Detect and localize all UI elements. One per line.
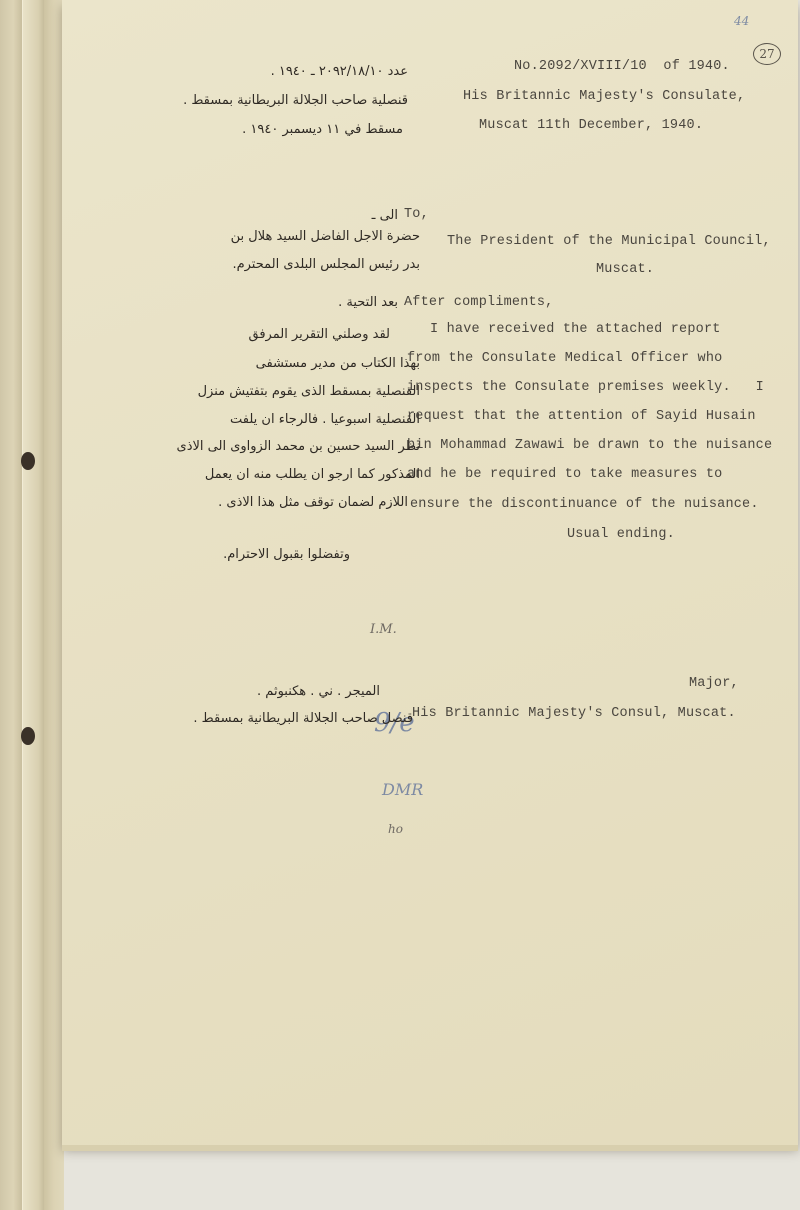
arabic-body-line: اللازم لضمان توقف مثل هذا الاذى . (218, 495, 408, 510)
arabic-reference-number: عدد ٢٠٩٢/١٨/١٠ ـ ١٩٤٠ . (271, 64, 408, 79)
arabic-body-line: لقد وصلني التقرير المرفق (249, 327, 391, 342)
arabic-body-line: بهذا الكتاب من مدير مستشفى (256, 356, 420, 371)
arabic-greeting: بعد التحية . (338, 295, 398, 310)
body-line: from the Consulate Medical Officer who (407, 351, 722, 366)
closing: Usual ending. (567, 527, 675, 542)
arabic-signature-rank: الميجر . ني . هكنبوثم . (257, 684, 380, 699)
body-line: bin Mohammad Zawawi be drawn to the nuis… (407, 438, 772, 453)
folder-binding-strip (0, 0, 22, 1210)
signature-rank: Major, (689, 676, 739, 691)
pencil-initials: ho (388, 822, 403, 836)
arabic-addressee-line-2: بدر رئيس المجلس البلدى المحترم. (232, 257, 420, 272)
arabic-signature-title: قنصل صاحب الجلالة البريطانية بمسقط . (193, 711, 413, 726)
body-line: I have received the attached report (430, 322, 721, 337)
signature-title: His Britannic Majesty's Consul, Muscat. (412, 706, 736, 721)
arabic-body-line: القنصلية اسبوعيا . فالرجاء ان يلفت (230, 412, 420, 427)
addressee-line-2: Muscat. (596, 262, 654, 277)
punch-hole (21, 727, 35, 745)
arabic-body-line: القنصلية بمسقط الذى يقوم بتفتيش منزل (198, 384, 420, 399)
body-line: and he be required to take measures to (407, 467, 722, 482)
pencil-page-note: 44 (734, 14, 749, 28)
arabic-sender-consulate: قنصلية صاحب الجلالة البريطانية بمسقط . (183, 93, 408, 108)
addressee-line-1: The President of the Municipal Council, (447, 234, 771, 249)
letter-page: 44 27 No.2092/XVIII/10 of 1940. His Brit… (62, 0, 798, 1145)
arabic-closing: وتفضلوا بقبول الاحترام. (223, 547, 350, 562)
body-line: request that the attention of Sayid Husa… (407, 409, 756, 424)
reference-number: No.2092/XVIII/10 of 1940. (514, 59, 730, 74)
body-line: ensure the discontinuance of the nuisanc… (410, 497, 759, 512)
salutation-to: To, (404, 207, 429, 222)
pencil-initials: DMR (382, 780, 423, 799)
folder-binding-strip (22, 0, 45, 1210)
pencil-initials: I.M. (370, 622, 397, 637)
place-date: Muscat 11th December, 1940. (479, 118, 703, 133)
arabic-salutation-to: الى ـ (372, 208, 398, 223)
folder-binding-strip (44, 0, 64, 1210)
arabic-addressee-line-1: حضرة الاجل الفاضل السيد هلال بن (231, 229, 420, 244)
punch-hole (21, 452, 35, 470)
arabic-place-date: مسقط في ١١ ديسمبر ١٩٤٠ . (242, 122, 403, 137)
sender-consulate: His Britannic Majesty's Consulate, (463, 89, 745, 104)
greeting: After compliments, (404, 295, 553, 310)
arabic-body-line: المذكور كما ارجو ان يطلب منه ان يعمل (205, 467, 420, 482)
folio-number: 27 (753, 43, 781, 65)
arabic-body-line: نظر السيد حسين بن محمد الزواوى الى الاذى (177, 439, 420, 454)
body-line: inspects the Consulate premises weekly. … (407, 380, 764, 395)
